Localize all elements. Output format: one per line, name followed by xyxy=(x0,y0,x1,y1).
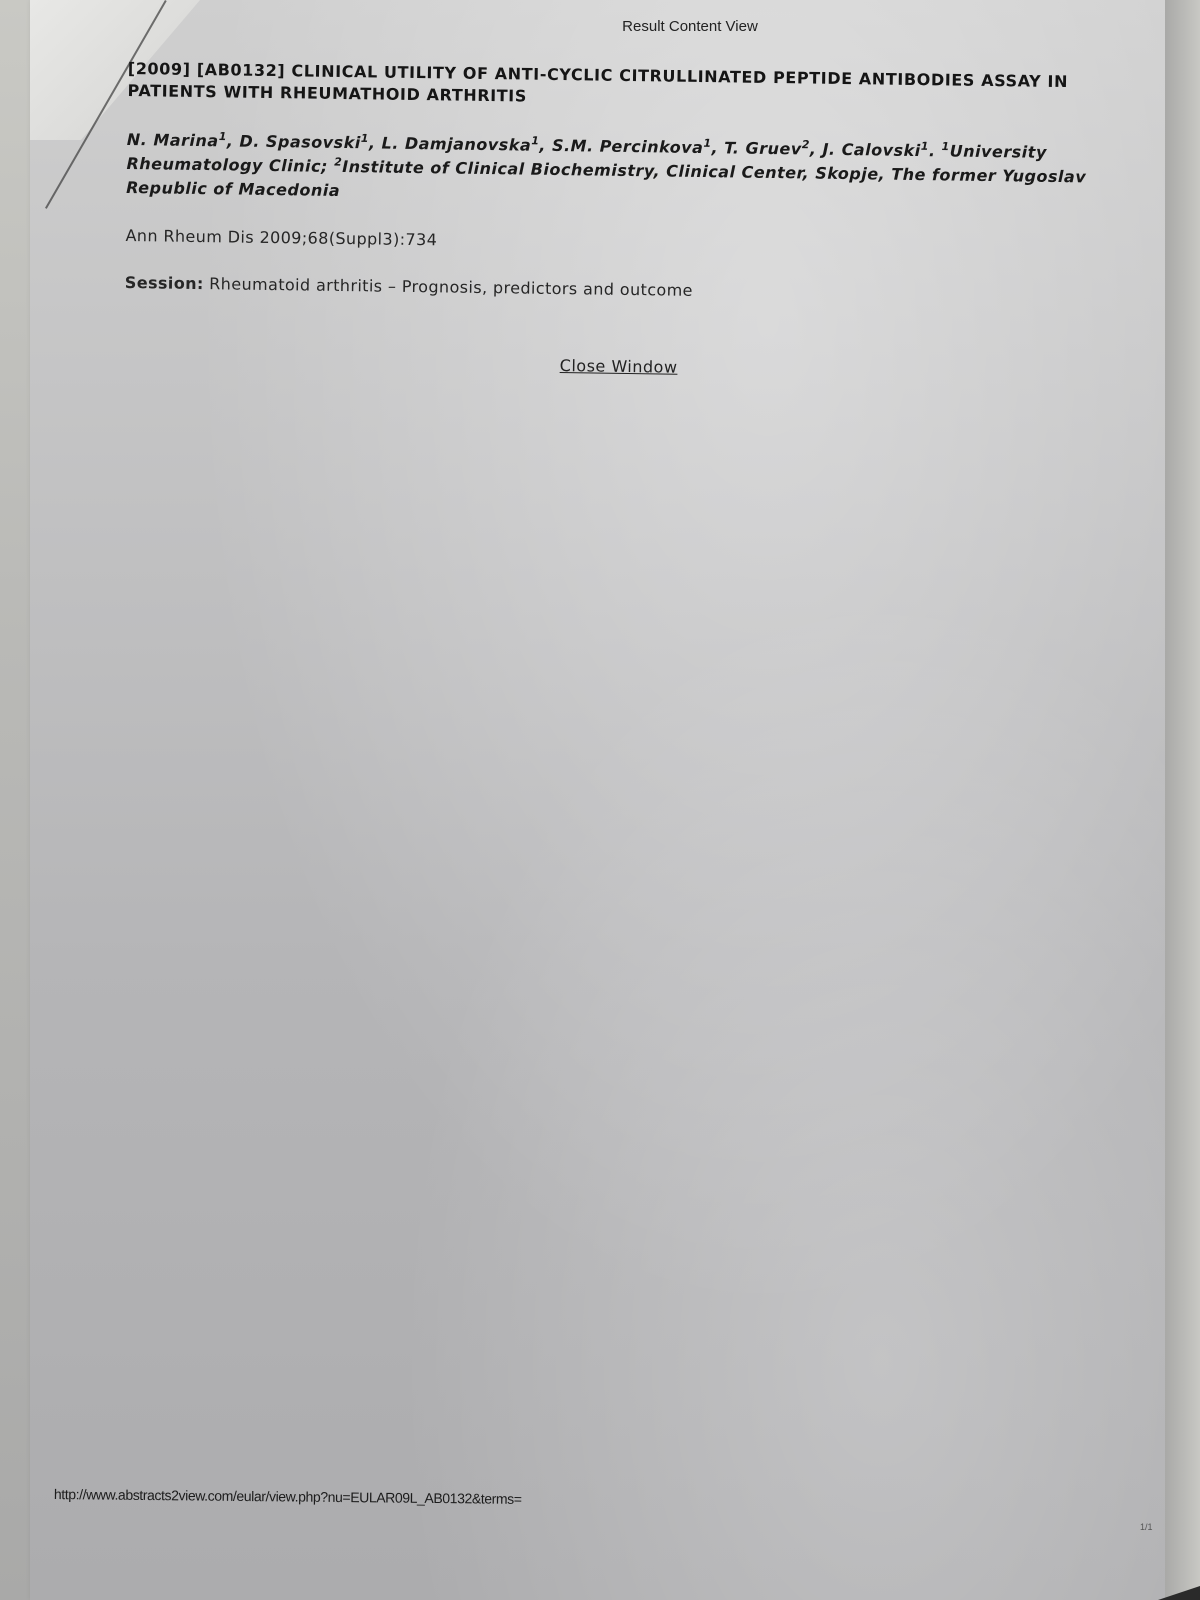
author: J. Calovski1 xyxy=(822,140,929,160)
session-label: Session: xyxy=(125,273,204,293)
abstract-content: [2009] [AB0132] CLINICAL UTILITY OF ANTI… xyxy=(124,58,1158,383)
background-surface xyxy=(1165,0,1200,1600)
author-list: N. Marina1, D. Spasovski1, L. Damjanovsk… xyxy=(126,128,1157,214)
session-value: Rheumatoid arthritis – Prognosis, predic… xyxy=(209,274,693,300)
author: D. Spasovski1 xyxy=(239,132,369,153)
author: N. Marina1 xyxy=(127,130,227,150)
journal-citation: Ann Rheum Dis 2009;68(Suppl3):734 xyxy=(125,226,1155,259)
print-header-title: Result Content View xyxy=(0,18,1200,35)
author: S.M. Percinkova1 xyxy=(552,136,712,157)
author: L. Damjanovska1 xyxy=(381,134,539,155)
session-info: Session: Rheumatoid arthritis – Prognosi… xyxy=(125,273,1155,306)
page-number: 1/1 xyxy=(1140,1522,1153,1532)
author: T. Gruev2 xyxy=(724,138,810,158)
